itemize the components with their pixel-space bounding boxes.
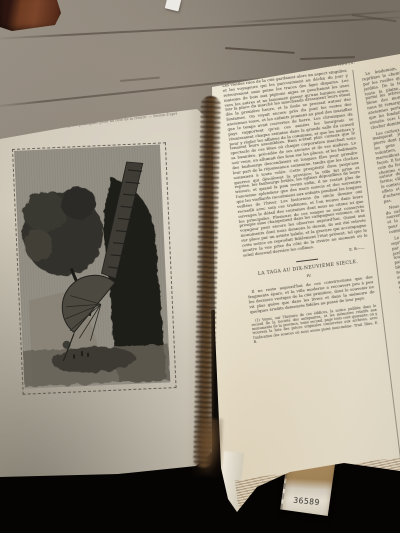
plank-seam <box>0 15 400 40</box>
letterpress-text: REVUE DES MONUMENTS. Les vieilles rues d… <box>222 58 400 483</box>
body-text: Le lendemain, dès l'aube, nous reprîmes … <box>361 59 400 131</box>
body-text: Les curieux qui visitent ces lieux ne ma… <box>371 119 400 205</box>
spine-foot <box>193 417 224 476</box>
engraving-image <box>14 145 170 389</box>
body-text: Les vieilles rues de la cité gardaient a… <box>222 69 368 259</box>
wood-crack <box>225 47 295 53</box>
tag-number: 36589 <box>283 495 330 508</box>
section-rule <box>296 258 318 262</box>
engraving-plate <box>12 142 177 394</box>
wood-crack <box>300 56 355 59</box>
book-photo: 36589 Vue générale des édifices et de la… <box>0 0 400 533</box>
wood-crack <box>120 77 160 82</box>
text-column-left: Les vieilles rues de la cité gardaient a… <box>222 69 396 483</box>
